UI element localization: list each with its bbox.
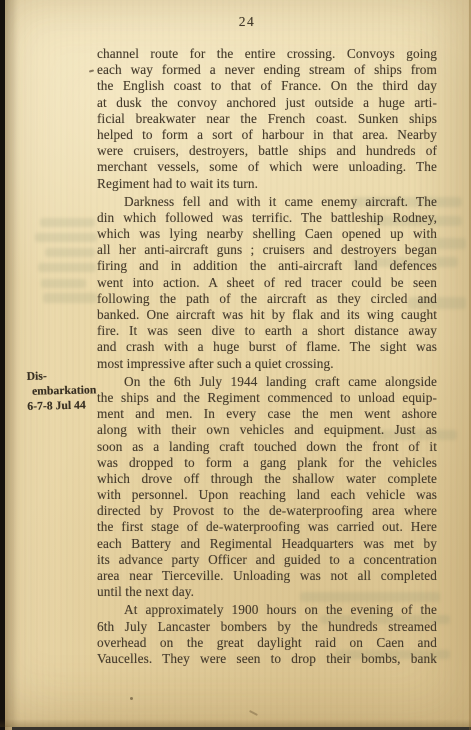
- margin-note-line: 6-7-8 Jul 44: [27, 398, 105, 415]
- text-line: Regiment had to wait its turn.: [97, 176, 437, 192]
- text-line: 6th July Lancaster bombers by the hundre…: [97, 619, 437, 635]
- text-line: ment and men. In every case the men went…: [97, 406, 437, 422]
- text-line: its advance party Officer and guided to …: [97, 552, 437, 568]
- paragraph: At approximately 1900 hours on the eveni…: [97, 602, 437, 667]
- paragraph: On the 6th July 1944 landing craft came …: [97, 374, 437, 601]
- text-line: which drove off through the shallow wate…: [97, 471, 437, 487]
- page-bottom-shadow: [0, 719, 471, 727]
- scan-edge-left: [0, 0, 5, 730]
- text-line: overhead on the great daylight raid on C…: [97, 635, 437, 651]
- text-line: Darkness fell and with it came enemy air…: [97, 194, 437, 210]
- text-line: at dusk the convoy anchored just outside…: [97, 95, 437, 111]
- text-line: the ships and the Regiment commenced to …: [97, 390, 437, 406]
- text-line: directed by Provost to the de-waterproof…: [97, 503, 437, 519]
- text-line: Vaucelles. They were seen to drop their …: [97, 651, 437, 667]
- text-line: At approximately 1900 hours on the eveni…: [97, 602, 437, 618]
- text-line: were cruisers, destroyers, battle ships …: [97, 143, 437, 159]
- bleed-through-artifact: [40, 218, 95, 227]
- text-line: most impressive after such a quiet cross…: [97, 356, 437, 372]
- text-line: along with their own vehicles and equipm…: [97, 422, 437, 438]
- text-line: merchant vessels, some of which were unl…: [97, 159, 437, 175]
- margin-note: Dis-embarkation6-7-8 Jul 44: [27, 368, 106, 414]
- text-line: was dropped to form a gang plank for the…: [97, 455, 437, 471]
- bleed-through-artifact: [45, 248, 95, 257]
- scan-edge-shadow: [5, 0, 19, 730]
- bleed-through-artifact: [41, 279, 86, 288]
- text-line: ficial breakwater near the French coast.…: [97, 111, 437, 127]
- text-line: fire. It was seen dive to earth a short …: [97, 323, 437, 339]
- text-line: went into action. A sheet of red tracer …: [97, 275, 437, 291]
- text-line: the English coast to that of France. On …: [97, 78, 437, 94]
- text-line: area near Tierceville. Unloading was not…: [97, 568, 437, 584]
- ink-speck: [89, 69, 94, 72]
- text-line: din which followed was terrific. The bat…: [97, 210, 437, 226]
- text-line: On the 6th July 1944 landing craft came …: [97, 374, 437, 390]
- text-line: soon as a landing craft touched down the…: [97, 439, 437, 455]
- text-line: each way formed a never ending stream of…: [97, 62, 437, 78]
- bleed-through-artifact: [43, 293, 97, 303]
- text-line: each Battery and Regimental Headquarters…: [97, 536, 437, 552]
- text-line: and crash with a huge burst of flame. Th…: [97, 339, 437, 355]
- paragraph: Darkness fell and with it came enemy air…: [97, 194, 437, 372]
- scanned-book-page: 24 Dis-embarkation6-7-8 Jul 44 channel r…: [0, 0, 471, 730]
- body-text: channel route for the entire crossing. C…: [97, 46, 437, 667]
- paragraph: channel route for the entire crossing. C…: [97, 46, 437, 192]
- text-line: helped to form a sort of harbour in that…: [97, 127, 437, 143]
- bleed-through-artifact: [38, 263, 96, 272]
- text-line: firing and in addition the anti-aircraft…: [97, 258, 437, 274]
- margin-note-line: embarkation: [32, 383, 105, 399]
- text-line: until the next day.: [97, 584, 437, 600]
- text-line: all her anti-aircraft guns ; cruisers an…: [97, 242, 437, 258]
- text-line: following the path of the aircraft as th…: [97, 291, 437, 307]
- text-line: with personnel. Upon reaching land each …: [97, 487, 437, 503]
- text-line: channel route for the entire crossing. C…: [97, 46, 437, 62]
- text-line: banked. One aircraft was hit by flak and…: [97, 307, 437, 323]
- ink-speck: [130, 697, 133, 700]
- text-line: the first stage of de-waterproofing was …: [97, 519, 437, 535]
- bleed-through-artifact: [35, 233, 97, 242]
- ink-speck: [249, 710, 258, 716]
- page-number: 24: [97, 14, 397, 30]
- text-line: which was lying nearby shelling Caen ope…: [97, 226, 437, 242]
